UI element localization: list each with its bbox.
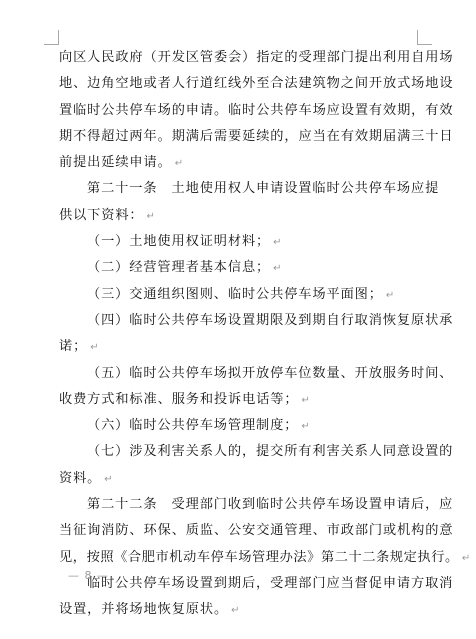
- paragraph-mark-icon: ↵: [301, 421, 310, 432]
- paragraph-mark-icon: ↵: [273, 263, 282, 274]
- text-line-1: 向区人民政府（开发区管委会）指定的受理部门提出利用自用场: [59, 45, 419, 71]
- page-number-footer: ˈ — 8 —: [68, 569, 109, 582]
- text-line-19: 当征询消防、环保、质监、公安交通管理、市政部门或机构的意: [59, 518, 419, 544]
- list-item-7: （七）涉及利害关系人的，提交所有利害关系人同意设置的: [59, 439, 419, 465]
- page-number: — 8 —: [68, 569, 109, 582]
- text-line-3: 置临时公共停车场的申请。临时公共停车场应设置有效期，有效: [59, 98, 419, 124]
- paragraph-mark-icon: ↵: [386, 290, 395, 301]
- article-22-heading: 第二十二条 受理部门收到临时公共停车场设置申请后，应: [59, 492, 419, 518]
- document-body[interactable]: 向区人民政府（开发区管委会）指定的受理部门提出利用自用场 地、边角空地或者人行道…: [59, 45, 419, 624]
- list-item-5: （五）临时公共停车场拟开放停车位数量、开放服务时间、: [59, 361, 419, 387]
- list-item-7-cont: 资料。↵: [59, 466, 419, 492]
- paragraph-mark-icon: ↵: [302, 395, 311, 406]
- list-item-5-cont: 收费方式和标准、服务和投诉电话等；↵: [59, 387, 419, 413]
- list-item-6: （六）临时公共停车场管理制度；↵: [59, 413, 419, 439]
- paragraph-mark-icon: ↵: [104, 474, 113, 485]
- paragraph-mark-icon: ↵: [462, 553, 471, 564]
- text-line-21: 临时公共停车场设置到期后，受理部门应当督促申请方取消: [59, 571, 419, 597]
- list-item-4-cont: 诺；↵: [59, 334, 419, 360]
- paragraph-mark-icon: ↵: [90, 342, 99, 353]
- article-21-heading: 第二十一条 土地使用权人申请设置临时公共停车场应提: [59, 176, 419, 202]
- top-right-margin-mark: [417, 30, 432, 45]
- text-line-20: 见，按照《合肥市机动车停车场管理办法》第二十二条规定执行。↵: [59, 545, 419, 571]
- paragraph-mark-icon: ↵: [273, 237, 282, 248]
- list-item-3: （三）交通组织图则、临时公共停车场平面图；↵: [59, 282, 419, 308]
- top-left-margin-mark: [44, 30, 59, 45]
- list-item-1: （一）土地使用权证明材料；↵: [59, 229, 419, 255]
- text-line-5: 前提出延续申请。↵: [59, 150, 419, 176]
- paragraph-mark-icon: ↵: [147, 211, 156, 222]
- text-line-2: 地、边角空地或者人行道红线外至合法建筑物之间开放式场地设: [59, 71, 419, 97]
- text-line-4: 期不得超过两年。期满后需要延续的，应当在有效期届满三十日: [59, 124, 419, 150]
- list-item-4: （四）临时公共停车场设置期限及到期自行取消恢复原状承: [59, 308, 419, 334]
- footer-mark-icon: ˈ: [72, 560, 75, 569]
- text-line-7: 供以下资料：↵: [59, 203, 419, 229]
- list-item-2: （二）经营管理者基本信息；↵: [59, 255, 419, 281]
- document-page: 向区人民政府（开发区管委会）指定的受理部门提出利用自用场 地、边角空地或者人行道…: [0, 0, 476, 639]
- text-line-22: 设置，并将场地恢复原状。↵: [59, 597, 419, 623]
- paragraph-mark-icon: ↵: [175, 158, 184, 169]
- paragraph-mark-icon: ↵: [231, 605, 240, 616]
